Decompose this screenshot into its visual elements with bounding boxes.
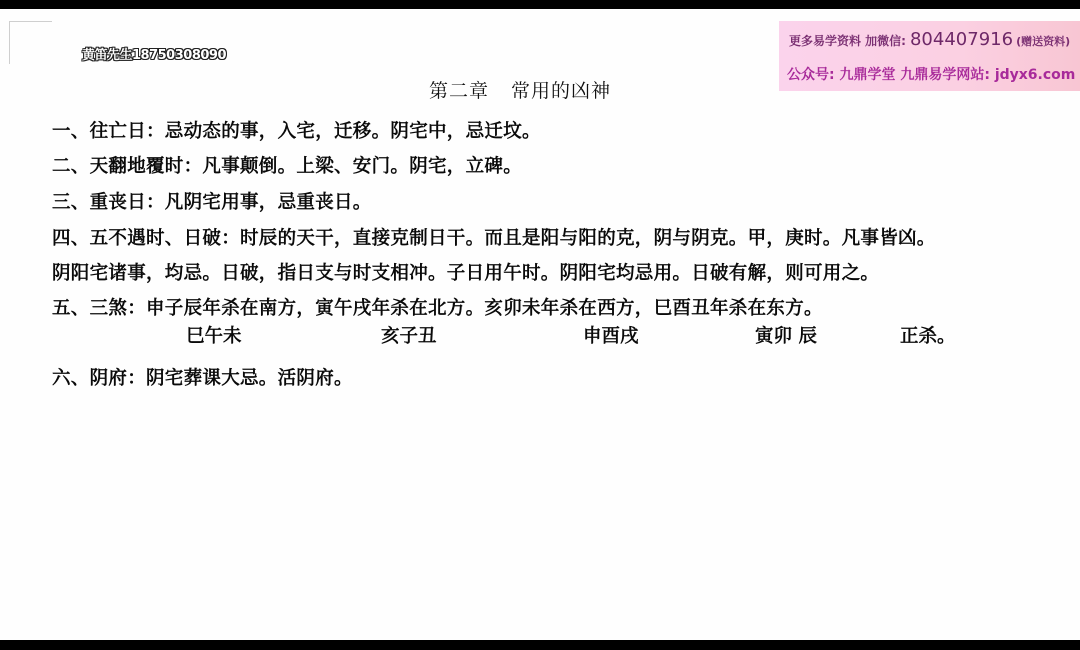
letterbox-top [0, 0, 1080, 9]
entry-yinfu: 六、阴府：阴宅葬课大忌。活阴府。 [52, 364, 353, 390]
entry-wubuyu-ripo: 四、五不遇时、日破：时辰的天干，直接克制日干。而且是阳与阳的克，阴与阴克。甲，庚… [52, 224, 936, 250]
letterbox-bottom [0, 640, 1080, 650]
entry-ripo-continued: 阴阳宅诸事，均忌。日破，指日支与时支相冲。子日用午时。阴阳宅均忌用。日破有解，则… [52, 259, 879, 285]
video-frame: 黄笛先生18750308090 更多易学资料 加微信:804407916(赠送资… [0, 0, 1080, 650]
presenter-watermark: 黄笛先生18750308090 [82, 44, 226, 63]
entry-tianfan-difu: 二、天翻地覆时：凡事颠倒。上梁、安门。阴宅，立碑。 [52, 152, 522, 178]
promo-wechat-label: 更多易学资料 加微信: [789, 34, 906, 48]
branch-group-north: 亥子丑 [381, 322, 437, 348]
document-page: 黄笛先生18750308090 更多易学资料 加微信:804407916(赠送资… [0, 9, 1080, 640]
branch-group-west: 申酉戌 [583, 322, 639, 348]
branch-zhengsha-note: 正杀。 [900, 322, 956, 348]
chapter-name: 常用的凶神 [511, 80, 611, 102]
chapter-title: 第二章常用的凶神 [0, 76, 1040, 103]
promo-line-wechat: 更多易学资料 加微信:804407916(赠送资料) [789, 29, 1070, 50]
entry-chongsang-ri: 三、重丧日：凡阴宅用事，忌重丧日。 [52, 188, 372, 214]
page-corner-marker [9, 21, 52, 64]
entry-sansha: 五、三煞：申子辰年杀在南方，寅午戌年杀在北方。亥卯未年杀在西方，巳酉丑年杀在东方… [52, 294, 823, 320]
chapter-number: 第二章 [429, 80, 489, 102]
branch-group-south: 巳午未 [186, 322, 242, 348]
promo-gift-note: (赠送资料) [1016, 35, 1070, 48]
promo-wechat-number: 804407916 [910, 29, 1013, 50]
entry-wangwang-ri: 一、往亡日：忌动态的事，入宅，迁移。阴宅中，忌迁坟。 [52, 117, 541, 143]
branch-group-east: 寅卯 辰 [755, 322, 817, 348]
